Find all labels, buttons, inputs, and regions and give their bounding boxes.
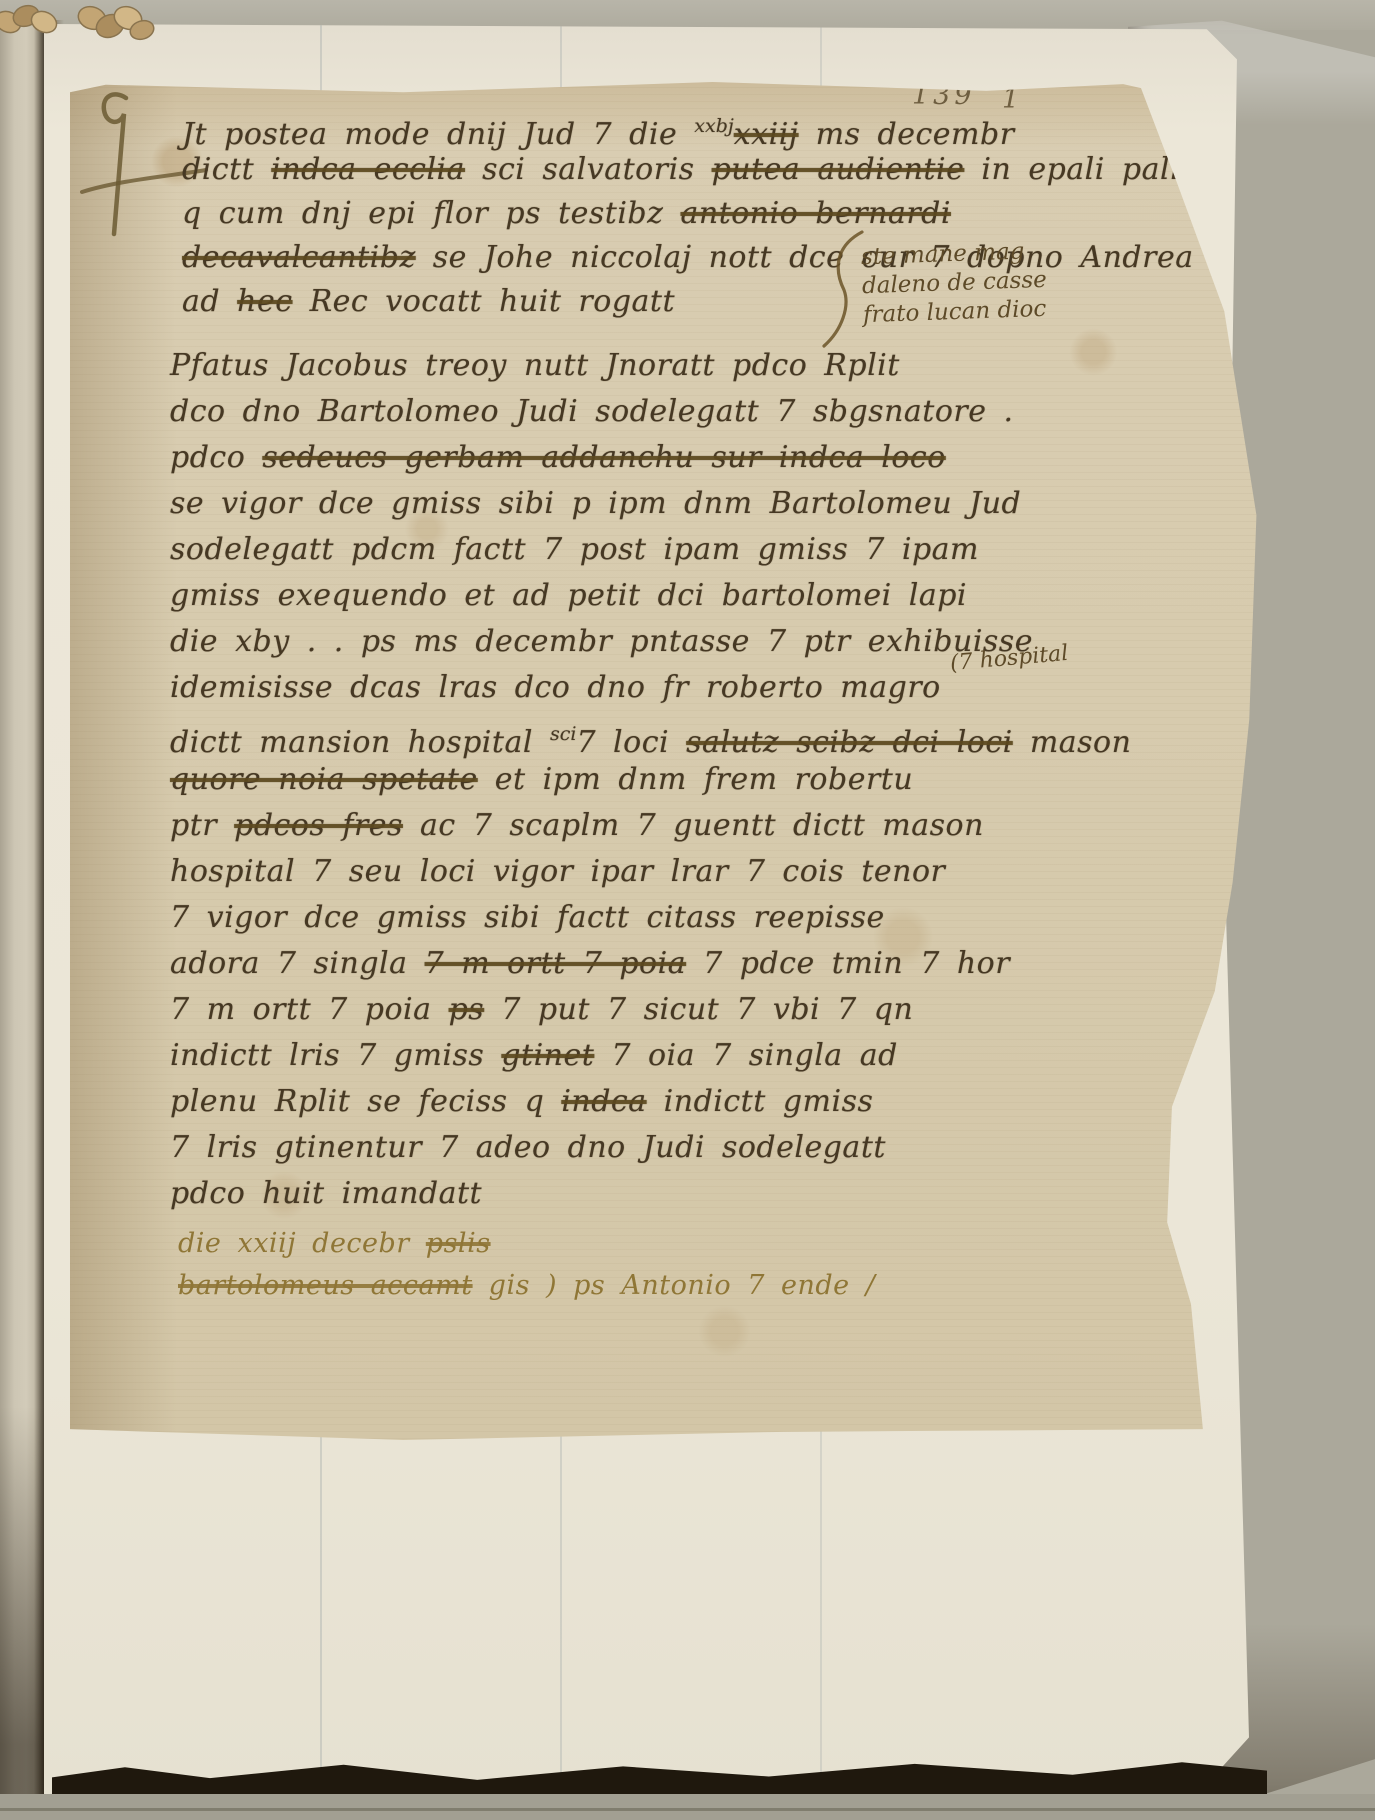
handwritten-text: ad: [182, 284, 237, 319]
interlinear-text: sci: [550, 723, 576, 745]
struck-text: antonio bernardi: [680, 196, 950, 231]
manuscript-line: dco dno Bartolomeo Judi sodelegatt 7 sbg…: [170, 389, 1131, 435]
binding-cord: [0, 0, 170, 58]
handwritten-text: 7 m ortt 7 poia: [170, 992, 449, 1027]
manuscript-line: Pfatus Jacobus treoy nutt Jnoratt pdco R…: [170, 343, 1131, 389]
handwritten-text: se vigor dce gmiss sibi p ipm dnm Bartol…: [170, 486, 1021, 521]
handwritten-text: Rec vocatt huit rogatt: [293, 284, 676, 319]
manuscript-line: se vigor dce gmiss sibi p ipm dnm Bartol…: [170, 481, 1131, 527]
handwritten-text: dco dno Bartolomeo Judi sodelegatt 7 sbg…: [170, 394, 1014, 429]
manuscript-line: hospital 7 seu loci vigor ipar lrar 7 co…: [170, 849, 1131, 895]
handwritten-text: ms decembr: [799, 117, 1015, 152]
struck-text: indca ecclia: [271, 152, 465, 187]
handwritten-text: dictt: [182, 152, 271, 187]
manuscript-line: die xxiij decebr pslis: [178, 1223, 875, 1265]
scanner-background-bottom: [0, 1794, 1375, 1820]
struck-text: bartolomeus accamt: [178, 1270, 473, 1301]
manuscript-line: pdco huit imandatt: [170, 1171, 1131, 1217]
handwritten-text: pdco huit imandatt: [170, 1176, 482, 1211]
closing-note-block: die xxiij decebr pslisbartolomeus accamt…: [178, 1223, 875, 1307]
manuscript-line: 7 vigor dce gmiss sibi factt citass reep…: [170, 895, 1131, 941]
handwritten-text: gmiss exequendo et ad petit dci bartolom…: [170, 578, 967, 613]
struck-text: 7 m ortt 7 poia: [425, 946, 687, 981]
handwritten-text: 7 vigor dce gmiss sibi factt citass reep…: [170, 900, 885, 935]
marginal-note: ste mane mag daleno de casse frato lucan…: [861, 237, 1049, 330]
manuscript-line: decavalcantibz se Johe niccolaj nott dce…: [182, 236, 1283, 280]
handwritten-text: sci salvatoris: [465, 152, 712, 187]
manuscript-line: gmiss exequendo et ad petit dci bartolom…: [170, 573, 1131, 619]
handwritten-text: indictt gmiss: [647, 1084, 874, 1119]
handwritten-text: Pfatus Jacobus treoy nutt Jnoratt pdco R…: [170, 348, 900, 383]
struck-text: hec: [237, 284, 292, 319]
struck-text: indca: [561, 1084, 646, 1119]
manuscript-line: plenu Rplit se feciss q indca indictt gm…: [170, 1079, 1131, 1125]
handwritten-text: adora 7 singla: [170, 946, 425, 981]
handwritten-text: gis ) ps Antonio 7 ende /: [473, 1270, 876, 1301]
handwritten-text: die xxiij decebr: [178, 1228, 426, 1259]
struck-text: quore noia spetate: [170, 762, 478, 797]
cord-braid: [0, 2, 156, 42]
handwritten-text: ptr: [170, 808, 234, 843]
manuscript-line: sodelegatt pdcm factt 7 post ipam gmiss …: [170, 527, 1131, 573]
struck-text: pslis: [426, 1228, 491, 1259]
manuscript-line: indictt lris 7 gmiss gtinet 7 oia 7 sing…: [170, 1033, 1131, 1079]
struck-text: pdcos fres: [234, 808, 403, 843]
marginal-brace: [818, 230, 866, 350]
entry-main-block: Pfatus Jacobus treoy nutt Jnoratt pdco R…: [170, 343, 1131, 1217]
manuscript-line: dictt indca ecclia sci salvatoris putea …: [182, 148, 1283, 192]
struck-text: putea audientie: [712, 152, 965, 187]
struck-text: salutz scibz dci loci: [686, 725, 1013, 760]
struck-text: decavalcantibz: [182, 240, 416, 275]
handwritten-text: hospital 7 seu loci vigor ipar lrar 7 co…: [170, 854, 945, 889]
manuscript-line: 7 lris gtinentur 7 adeo dno Judi sodeleg…: [170, 1125, 1131, 1171]
struck-text: xxiij: [734, 117, 799, 152]
handwritten-text: plenu Rplit se feciss q: [170, 1084, 561, 1119]
handwritten-text: 7 lris gtinentur 7 adeo dno Judi sodeleg…: [170, 1130, 886, 1165]
handwritten-text: et ipm dnm frem robertu: [478, 762, 913, 797]
struck-text: gtinet: [501, 1038, 594, 1073]
handwritten-text: indictt lris 7 gmiss: [170, 1038, 501, 1073]
manuscript-line: ad hec Rec vocatt huit rogatt: [182, 280, 1283, 324]
manuscript-line: Jt postea mode dnij Jud 7 die xxbjxxiij …: [182, 104, 1283, 148]
manuscript-leaf: 139 1 Jt postea mode dnij Jud 7 die xxbj…: [70, 80, 1260, 1440]
marginal-note-line: frato lucan dioc: [863, 295, 1049, 330]
struck-text: ps: [449, 992, 485, 1027]
handwritten-text: mason: [1013, 725, 1132, 760]
struck-text: sedeucs gerbam addanchu sur indca loco: [262, 440, 945, 475]
interlinear-text: xxbj: [694, 115, 733, 137]
manuscript-line: 7 m ortt 7 poia ps 7 put 7 sicut 7 vbi 7…: [170, 987, 1131, 1033]
handwritten-text: 7 loci: [576, 725, 686, 760]
handwritten-text: pdco: [170, 440, 262, 475]
handwritten-text: ac 7 scaplm 7 guentt dictt mason: [403, 808, 984, 843]
manuscript-line: ptr pdcos fres ac 7 scaplm 7 guentt dict…: [170, 803, 1131, 849]
manuscript-line: pdco sedeucs gerbam addanchu sur indca l…: [170, 435, 1131, 481]
manuscript-line: adora 7 singla 7 m ortt 7 poia 7 pdce tm…: [170, 941, 1131, 987]
manuscript-scan: { "palette":{ "scanner_bg":"#aba89b", "w…: [0, 0, 1375, 1820]
manuscript-line: dictt mansion hospital sci7 loci salutz …: [170, 711, 1131, 757]
handwritten-text: die xby . . ps ms decembr pntasse 7 ptr …: [170, 624, 1033, 659]
handwritten-text: sodelegatt pdcm factt 7 post ipam gmiss …: [170, 532, 979, 567]
manuscript-line: quore noia spetate et ipm dnm frem rober…: [170, 757, 1131, 803]
entry-opening-block: Jt postea mode dnij Jud 7 die xxbjxxiij …: [182, 104, 1283, 324]
manuscript-line: bartolomeus accamt gis ) ps Antonio 7 en…: [178, 1265, 875, 1307]
scanner-edge-line: [0, 1808, 1375, 1811]
handwritten-text: 7 pdce tmin 7 hor: [686, 946, 1010, 981]
handwritten-text: idemisisse dcas lras dco dno fr roberto …: [170, 670, 941, 705]
handwritten-text: 7 oia 7 singla ad: [594, 1038, 897, 1073]
handwritten-text: dictt mansion hospital: [170, 725, 550, 760]
handwritten-text: 7 put 7 sicut 7 vbi 7 qn: [484, 992, 913, 1027]
handwritten-text: Jt postea mode dnij Jud 7 die: [182, 117, 694, 152]
handwritten-text: q cum dnj epi flor ps testibz: [182, 196, 680, 231]
manuscript-line: q cum dnj epi flor ps testibz antonio be…: [182, 192, 1283, 236]
